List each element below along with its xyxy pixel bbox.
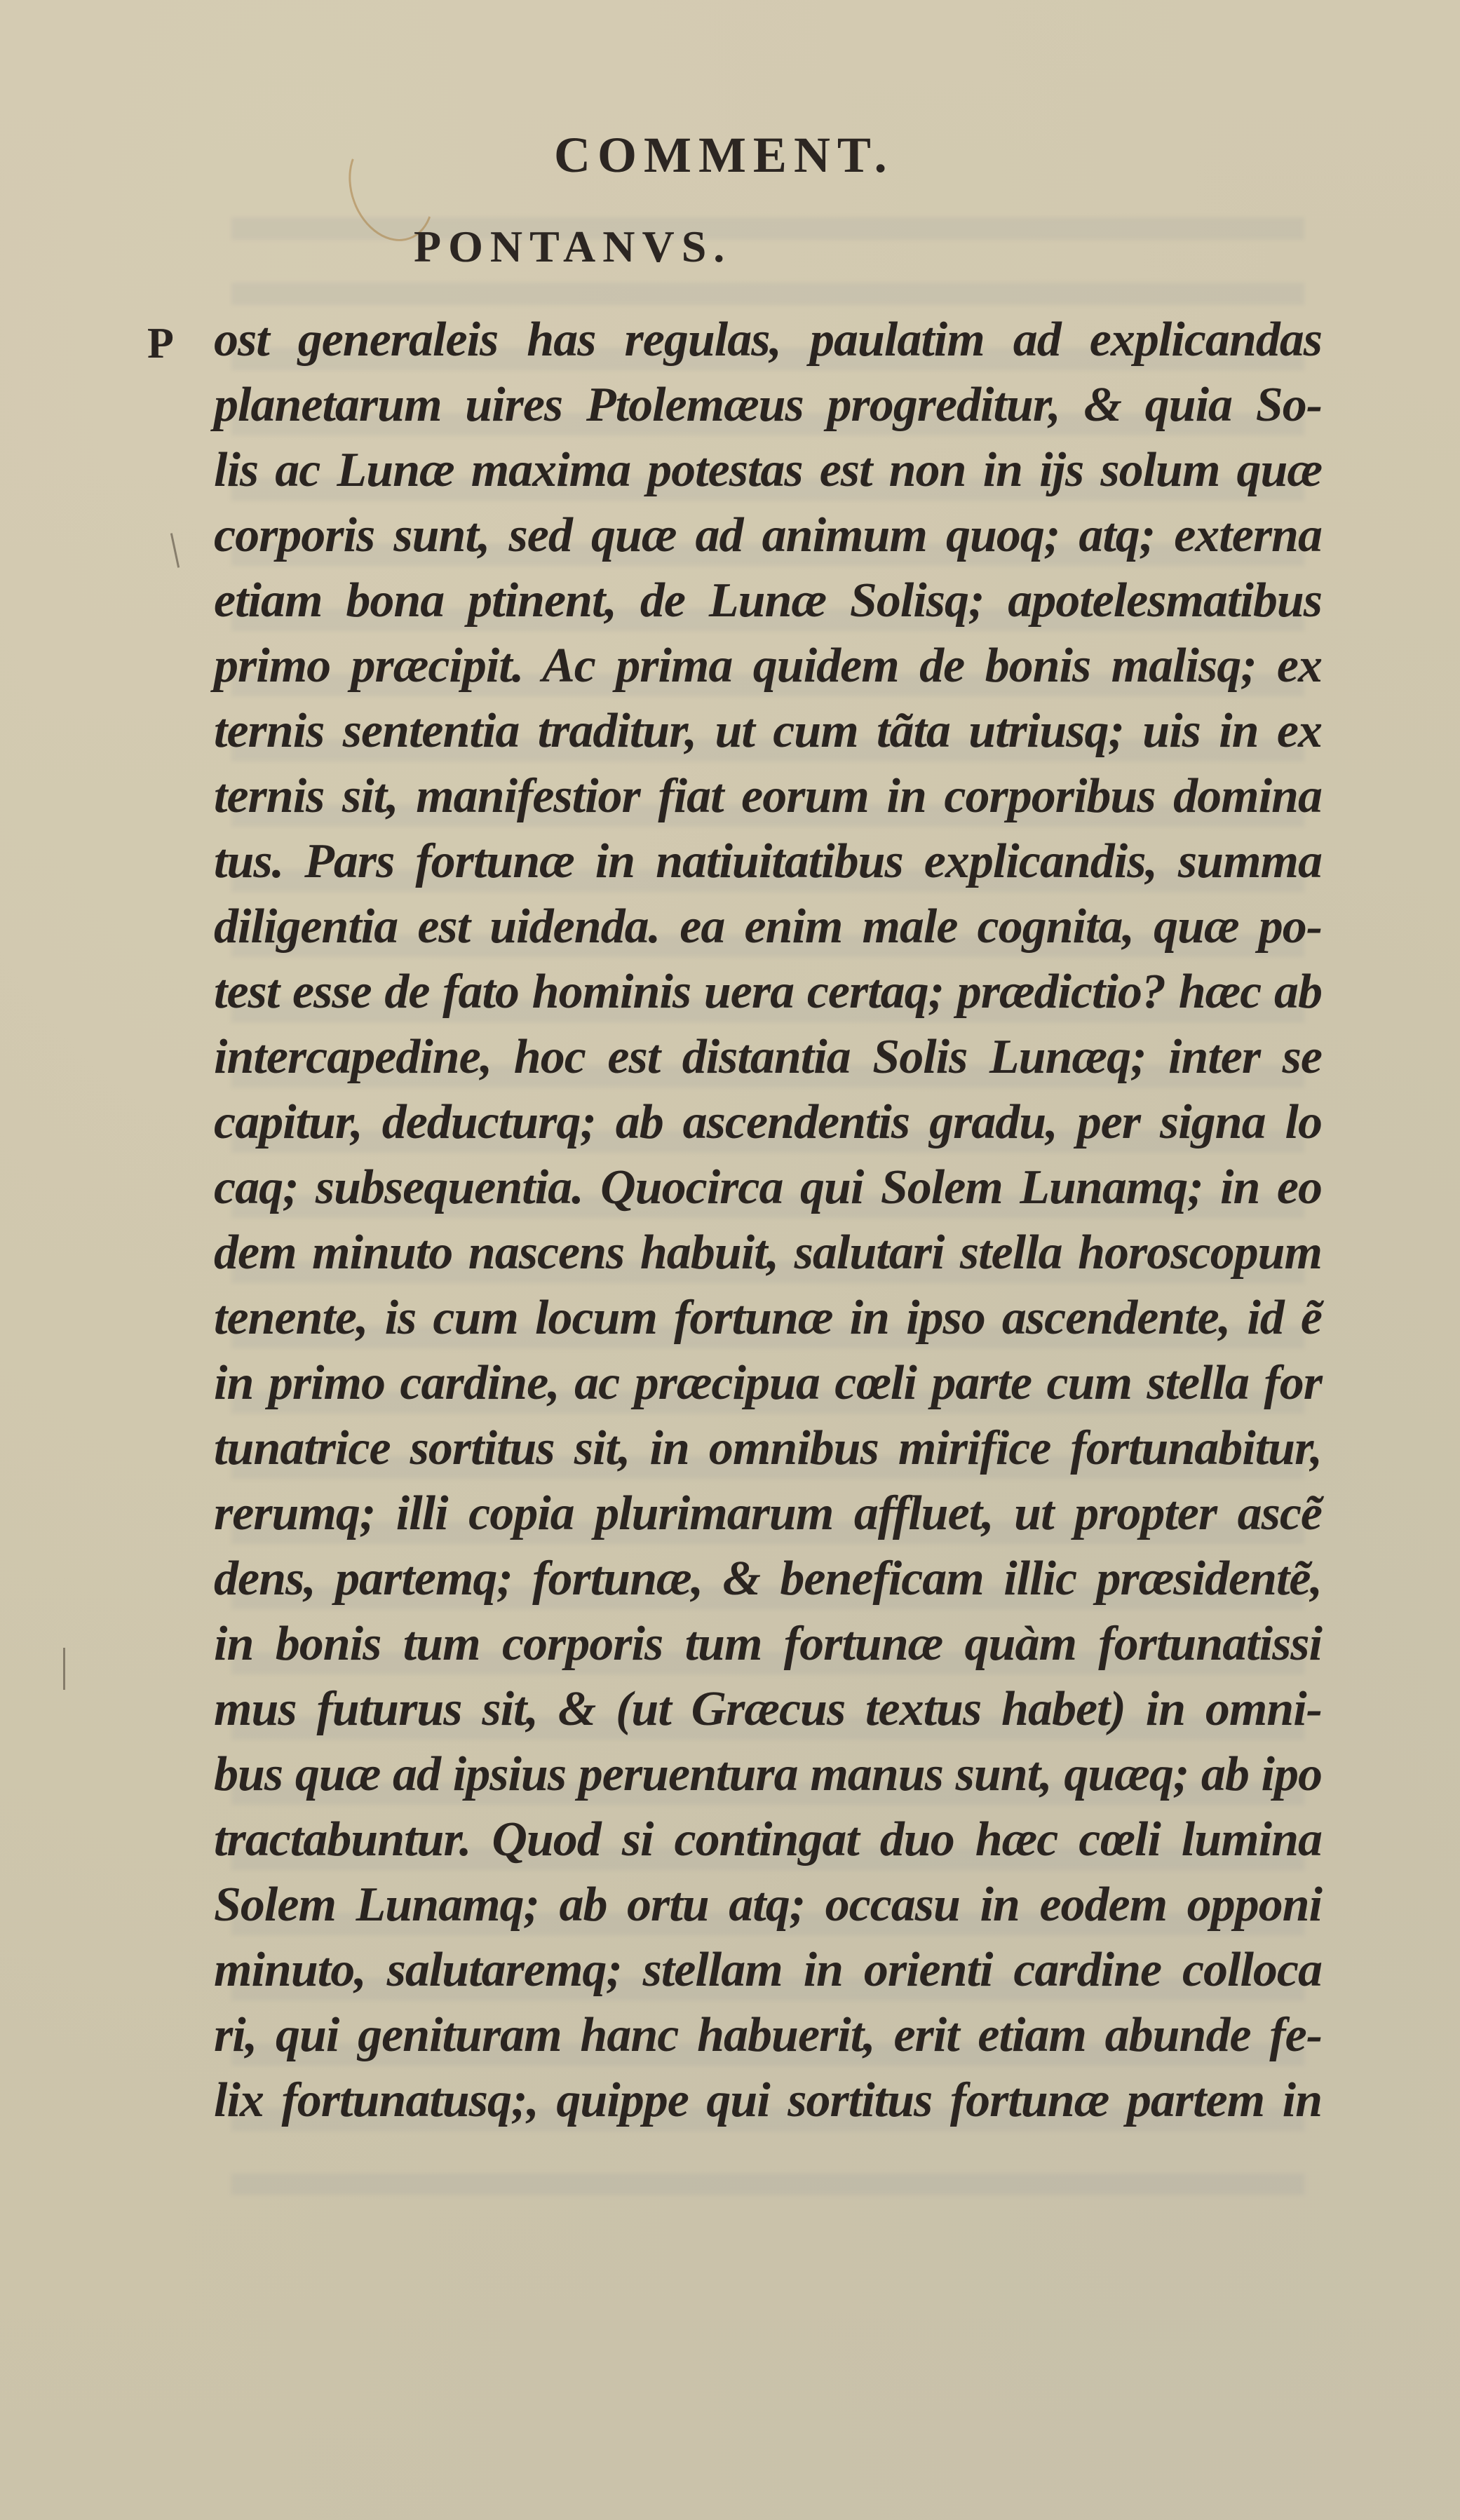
text-line: mus futurus sit, & (ut Græcus textus hab… xyxy=(214,1676,1322,1742)
running-head: COMMENT. xyxy=(554,126,894,184)
text-line: tenente, is cum locum fortunæ in ipso as… xyxy=(214,1285,1322,1350)
text-line: ost generaleis has regulas, paulatim ad … xyxy=(214,307,1322,372)
text-line: diligentia est uidenda. ea enim male cog… xyxy=(214,894,1322,959)
text-line: primo præcipit. Ac prima quidem de bonis… xyxy=(214,633,1322,698)
text-line: in bonis tum corporis tum fortunæ quàm f… xyxy=(214,1611,1322,1676)
text-line: capitur, deducturq; ab ascendentis gradu… xyxy=(214,1090,1322,1155)
text-line: ri, qui genituram hanc habuerit, erit et… xyxy=(214,2003,1322,2068)
text-line: dem minuto nascens habuit, salutari stel… xyxy=(214,1220,1322,1285)
text-line: planetarum uires Ptolemæus progreditur, … xyxy=(214,372,1322,438)
drop-initial: P xyxy=(147,319,174,369)
text-line: caq; subsequentia. Quocirca qui Solem Lu… xyxy=(214,1155,1322,1220)
text-line: dens, partemq; fortunæ, & beneficam illi… xyxy=(214,1546,1322,1611)
margin-mark xyxy=(63,1648,65,1690)
text-line: lis ac Lunæ maxima potestas est non in i… xyxy=(214,438,1322,503)
text-line: ternis sententia traditur, ut cum tãta u… xyxy=(214,698,1322,764)
text-line: Solem Lunamq; ab ortu atq; occasu in eod… xyxy=(214,1872,1322,1937)
text-line: in primo cardine, ac præcipua cœli parte… xyxy=(214,1350,1322,1416)
text-line: intercapedine, hoc est distantia Solis L… xyxy=(214,1024,1322,1090)
body-text: ost generaleis has regulas, paulatim ad … xyxy=(214,307,1322,2133)
text-line: bus quæ ad ipsius peruentura manus sunt,… xyxy=(214,1742,1322,1807)
text-line: tunatrice sortitus sit, in omnibus mirif… xyxy=(214,1416,1322,1481)
text-line: test esse de fato hominis uera certaq; p… xyxy=(214,959,1322,1024)
text-line: rerumq; illi copia plurimarum affluet, u… xyxy=(214,1481,1322,1546)
section-title: PONTANVS. xyxy=(414,221,731,273)
text-line: lix fortunatusq;, quippe qui sortitus fo… xyxy=(214,2068,1322,2133)
text-line: tractabuntur. Quod si contingat duo hæc … xyxy=(214,1807,1322,1872)
text-line: ternis sit, manifestior fiat eorum in co… xyxy=(214,764,1322,829)
text-line: etiam bona ptinent, de Lunæ Solisq; apot… xyxy=(214,568,1322,633)
text-line: corporis sunt, sed quæ ad animum quoq; a… xyxy=(214,503,1322,568)
text-line: minuto, salutaremq; stellam in orienti c… xyxy=(214,1937,1322,2003)
text-line: tus. Pars fortunæ in natiuitatibus expli… xyxy=(214,829,1322,894)
